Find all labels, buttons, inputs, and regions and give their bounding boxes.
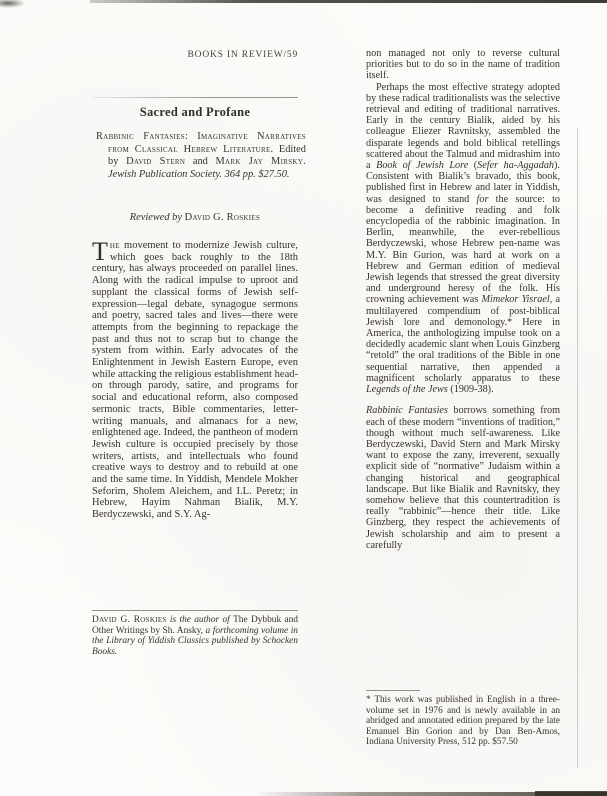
- right-column-paragraph: non managed not only to reverse cultural…: [366, 48, 560, 82]
- book-citation: Rabbinic Fantasies: Imaginative Narrativ…: [96, 131, 306, 181]
- reviewer-byline: Reviewed by David G. Roskies: [92, 212, 298, 223]
- scan-smudge-top-left: [0, 0, 26, 8]
- contributor-footnote: David G. Roskies is the author of The Dy…: [92, 610, 298, 658]
- asterisk-footnote: * This work was published in English in …: [366, 690, 560, 748]
- right-column-paragraph: Perhaps the most effective strategy adop…: [366, 82, 560, 396]
- right-column-paragraph: Rabbinic Fantasies borrows something fro…: [366, 405, 560, 551]
- title-divider-rule: [92, 97, 298, 98]
- scanned-book-review-page: { "page": { "running_header": "BOOKS IN …: [0, 0, 607, 796]
- dropcap-letter: T: [92, 240, 110, 262]
- right-column-body: non managed not only to reverse cultural…: [366, 48, 560, 551]
- running-header: BOOKS IN REVIEW/59: [92, 50, 298, 60]
- left-column-body: The movement to modernize Jewish culture…: [92, 240, 298, 521]
- article-title: Sacred and Profane: [92, 105, 298, 120]
- left-column-paragraph: he movement to modernize Jewish culture,…: [92, 240, 298, 520]
- scan-page-edge-line: [577, 128, 578, 768]
- scan-edge-top: [90, 0, 607, 3]
- scan-edge-bottom-dark: [535, 791, 607, 796]
